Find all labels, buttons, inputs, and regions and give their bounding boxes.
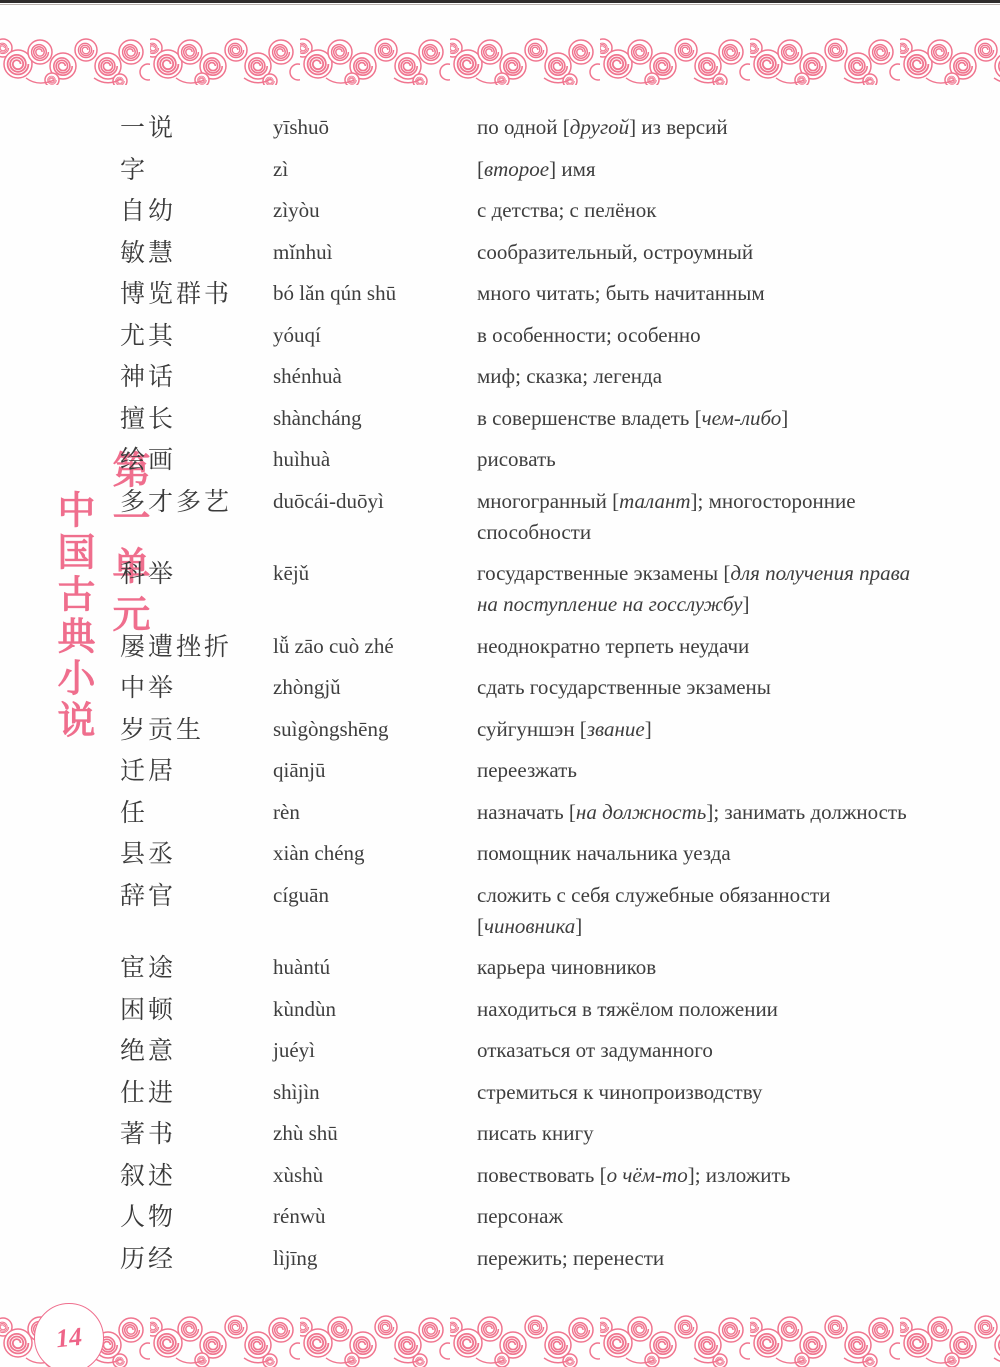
hanzi-term: 尤其 <box>120 320 273 351</box>
russian-translation: отказаться от задуманного <box>477 1035 957 1066</box>
russian-translation: государственные экзамены [для получения … <box>477 558 957 620</box>
russian-translation: в совершенстве владеть [чем-либо] <box>477 403 957 434</box>
vocab-row: 历经lìjīngпережить; перенести <box>120 1243 970 1274</box>
russian-translation: повествовать [о чём-то]; изложить <box>477 1160 957 1191</box>
vocab-row: 一说yīshuōпо одной [другой] из версий <box>120 112 970 143</box>
cloud-border-bottom <box>0 1303 1000 1367</box>
pinyin-reading: shénhuà <box>273 361 477 392</box>
vocab-row: 擅长shànchángв совершенстве владеть [чем-л… <box>120 403 970 434</box>
pinyin-reading: yīshuō <box>273 112 477 143</box>
hanzi-term: 多才多艺 <box>120 486 273 517</box>
page-top-edge-shadow <box>0 4 1000 5</box>
pinyin-reading: zhù shū <box>273 1118 477 1149</box>
pinyin-reading: xùshù <box>273 1160 477 1191</box>
pinyin-reading: duōcái-duōyì <box>273 486 477 517</box>
cloud-pattern-icon <box>0 28 1000 85</box>
vocab-row: 岁贡生suìgòngshēngсуйгуншэн [звание] <box>120 714 970 745</box>
vocab-row: 任rènназначать [на должность]; занимать д… <box>120 797 970 828</box>
pinyin-reading: zìyòu <box>273 195 477 226</box>
cloud-border-top <box>0 28 1000 90</box>
vocab-row: 字zì[второе] имя <box>120 154 970 185</box>
hanzi-term: 绝意 <box>120 1035 273 1066</box>
pinyin-reading: lǚ zāo cuò zhé <box>273 631 477 662</box>
hanzi-term: 一说 <box>120 112 273 143</box>
vocab-row: 著书zhù shūписать книгу <box>120 1118 970 1149</box>
russian-translation: рисовать <box>477 444 957 475</box>
russian-translation: сообразительный, остроумный <box>477 237 957 268</box>
vocab-row: 绝意juéyìотказаться от задуманного <box>120 1035 970 1066</box>
vocab-row: 辞官cíguānсложить с себя служебные обязанн… <box>120 880 970 942</box>
vocab-row: 县丞xiàn chéngпомощник начальника уезда <box>120 838 970 869</box>
vocab-row: 屡遭挫折lǚ zāo cuò zhéнеоднократно терпеть н… <box>120 631 970 662</box>
vocab-row: 叙述xùshùповествовать [о чём-то]; изложить <box>120 1160 970 1191</box>
pinyin-reading: cíguān <box>273 880 477 911</box>
russian-translation: много читать; быть начитанным <box>477 278 957 309</box>
vocab-row: 仕进shìjìnстремиться к чинопроизводству <box>120 1077 970 1108</box>
pinyin-reading: rénwù <box>273 1201 477 1232</box>
russian-translation: переезжать <box>477 755 957 786</box>
hanzi-term: 岁贡生 <box>120 714 273 745</box>
hanzi-term: 叙述 <box>120 1160 273 1191</box>
hanzi-term: 任 <box>120 797 273 828</box>
russian-translation: помощник начальника уезда <box>477 838 957 869</box>
hanzi-term: 字 <box>120 154 273 185</box>
vocab-row: 自幼zìyòuс детства; с пелёнок <box>120 195 970 226</box>
pinyin-reading: huìhuà <box>273 444 477 475</box>
pinyin-reading: huàntú <box>273 952 477 983</box>
pinyin-reading: kùndùn <box>273 994 477 1025</box>
hanzi-term: 擅长 <box>120 403 273 434</box>
pinyin-reading: mǐnhuì <box>273 237 477 268</box>
russian-translation: [второе] имя <box>477 154 957 185</box>
vocab-row: 人物rénwùперсонаж <box>120 1201 970 1232</box>
page-number-badge: 14 <box>34 1303 104 1367</box>
page-top-edge <box>0 0 1000 3</box>
russian-translation: с детства; с пелёнок <box>477 195 957 226</box>
vocab-row: 绘画huìhuàрисовать <box>120 444 970 475</box>
hanzi-term: 神话 <box>120 361 273 392</box>
hanzi-term: 科举 <box>120 558 273 589</box>
pinyin-reading: lìjīng <box>273 1243 477 1274</box>
russian-translation: карьера чиновников <box>477 952 957 983</box>
pinyin-reading: suìgòngshēng <box>273 714 477 745</box>
page-number: 14 <box>55 1322 84 1355</box>
hanzi-term: 迁居 <box>120 755 273 786</box>
vocab-row: 神话shénhuàмиф; сказка; легенда <box>120 361 970 392</box>
russian-translation: неоднократно терпеть неудачи <box>477 631 957 662</box>
russian-translation: находиться в тяжёлом положении <box>477 994 957 1025</box>
russian-translation: назначать [на должность]; занимать должн… <box>477 797 957 828</box>
russian-translation: миф; сказка; легенда <box>477 361 957 392</box>
hanzi-term: 仕进 <box>120 1077 273 1108</box>
hanzi-term: 敏慧 <box>120 237 273 268</box>
pinyin-reading: qiānjū <box>273 755 477 786</box>
pinyin-reading: kējǔ <box>273 558 477 589</box>
russian-translation: многогранный [талант]; многосторонниеспо… <box>477 486 957 548</box>
vocab-row: 中举zhòngjǔсдать государственные экзамены <box>120 672 970 703</box>
hanzi-term: 绘画 <box>120 444 273 475</box>
vocab-row: 迁居qiānjūпереезжать <box>120 755 970 786</box>
pinyin-reading: shàncháng <box>273 403 477 434</box>
cloud-pattern-icon <box>0 1303 1000 1367</box>
hanzi-term: 县丞 <box>120 838 273 869</box>
vocab-row: 博览群书bó lǎn qún shūмного читать; быть нач… <box>120 278 970 309</box>
pinyin-reading: zì <box>273 154 477 185</box>
hanzi-term: 著书 <box>120 1118 273 1149</box>
pinyin-reading: xiàn chéng <box>273 838 477 869</box>
hanzi-term: 自幼 <box>120 195 273 226</box>
russian-translation: в особенности; особенно <box>477 320 957 351</box>
russian-translation: сдать государственные экзамены <box>477 672 957 703</box>
pinyin-reading: bó lǎn qún shū <box>273 278 477 309</box>
pinyin-reading: yóuqí <box>273 320 477 351</box>
hanzi-term: 历经 <box>120 1243 273 1274</box>
russian-translation: стремиться к чинопроизводству <box>477 1077 957 1108</box>
vocab-row: 困顿kùndùnнаходиться в тяжёлом положении <box>120 994 970 1025</box>
pinyin-reading: zhòngjǔ <box>273 672 477 703</box>
hanzi-term: 中举 <box>120 672 273 703</box>
pinyin-reading: shìjìn <box>273 1077 477 1108</box>
russian-translation: пережить; перенести <box>477 1243 957 1274</box>
pinyin-reading: juéyì <box>273 1035 477 1066</box>
vocab-row: 科举kējǔгосударственные экзамены [для полу… <box>120 558 970 620</box>
hanzi-term: 宦途 <box>120 952 273 983</box>
vocab-row: 尤其yóuqíв особенности; особенно <box>120 320 970 351</box>
pinyin-reading: rèn <box>273 797 477 828</box>
book-title-label: 中国古典小说 <box>46 490 101 960</box>
russian-translation: персонаж <box>477 1201 957 1232</box>
vocab-row: 宦途huàntúкарьера чиновников <box>120 952 970 983</box>
vocab-row: 敏慧mǐnhuìсообразительный, остроумный <box>120 237 970 268</box>
vocab-row: 多才多艺duōcái-duōyìмногогранный [талант]; м… <box>120 486 970 548</box>
russian-translation: писать книгу <box>477 1118 957 1149</box>
hanzi-term: 人物 <box>120 1201 273 1232</box>
russian-translation: по одной [другой] из версий <box>477 112 957 143</box>
hanzi-term: 屡遭挫折 <box>120 631 273 662</box>
hanzi-term: 辞官 <box>120 880 273 911</box>
hanzi-term: 博览群书 <box>120 278 273 309</box>
hanzi-term: 困顿 <box>120 994 273 1025</box>
russian-translation: сложить с себя служебные обязанности[чин… <box>477 880 957 942</box>
russian-translation: суйгуншэн [звание] <box>477 714 957 745</box>
vocab-list: 一说yīshuōпо одной [другой] из версий字zì[в… <box>120 112 970 1284</box>
